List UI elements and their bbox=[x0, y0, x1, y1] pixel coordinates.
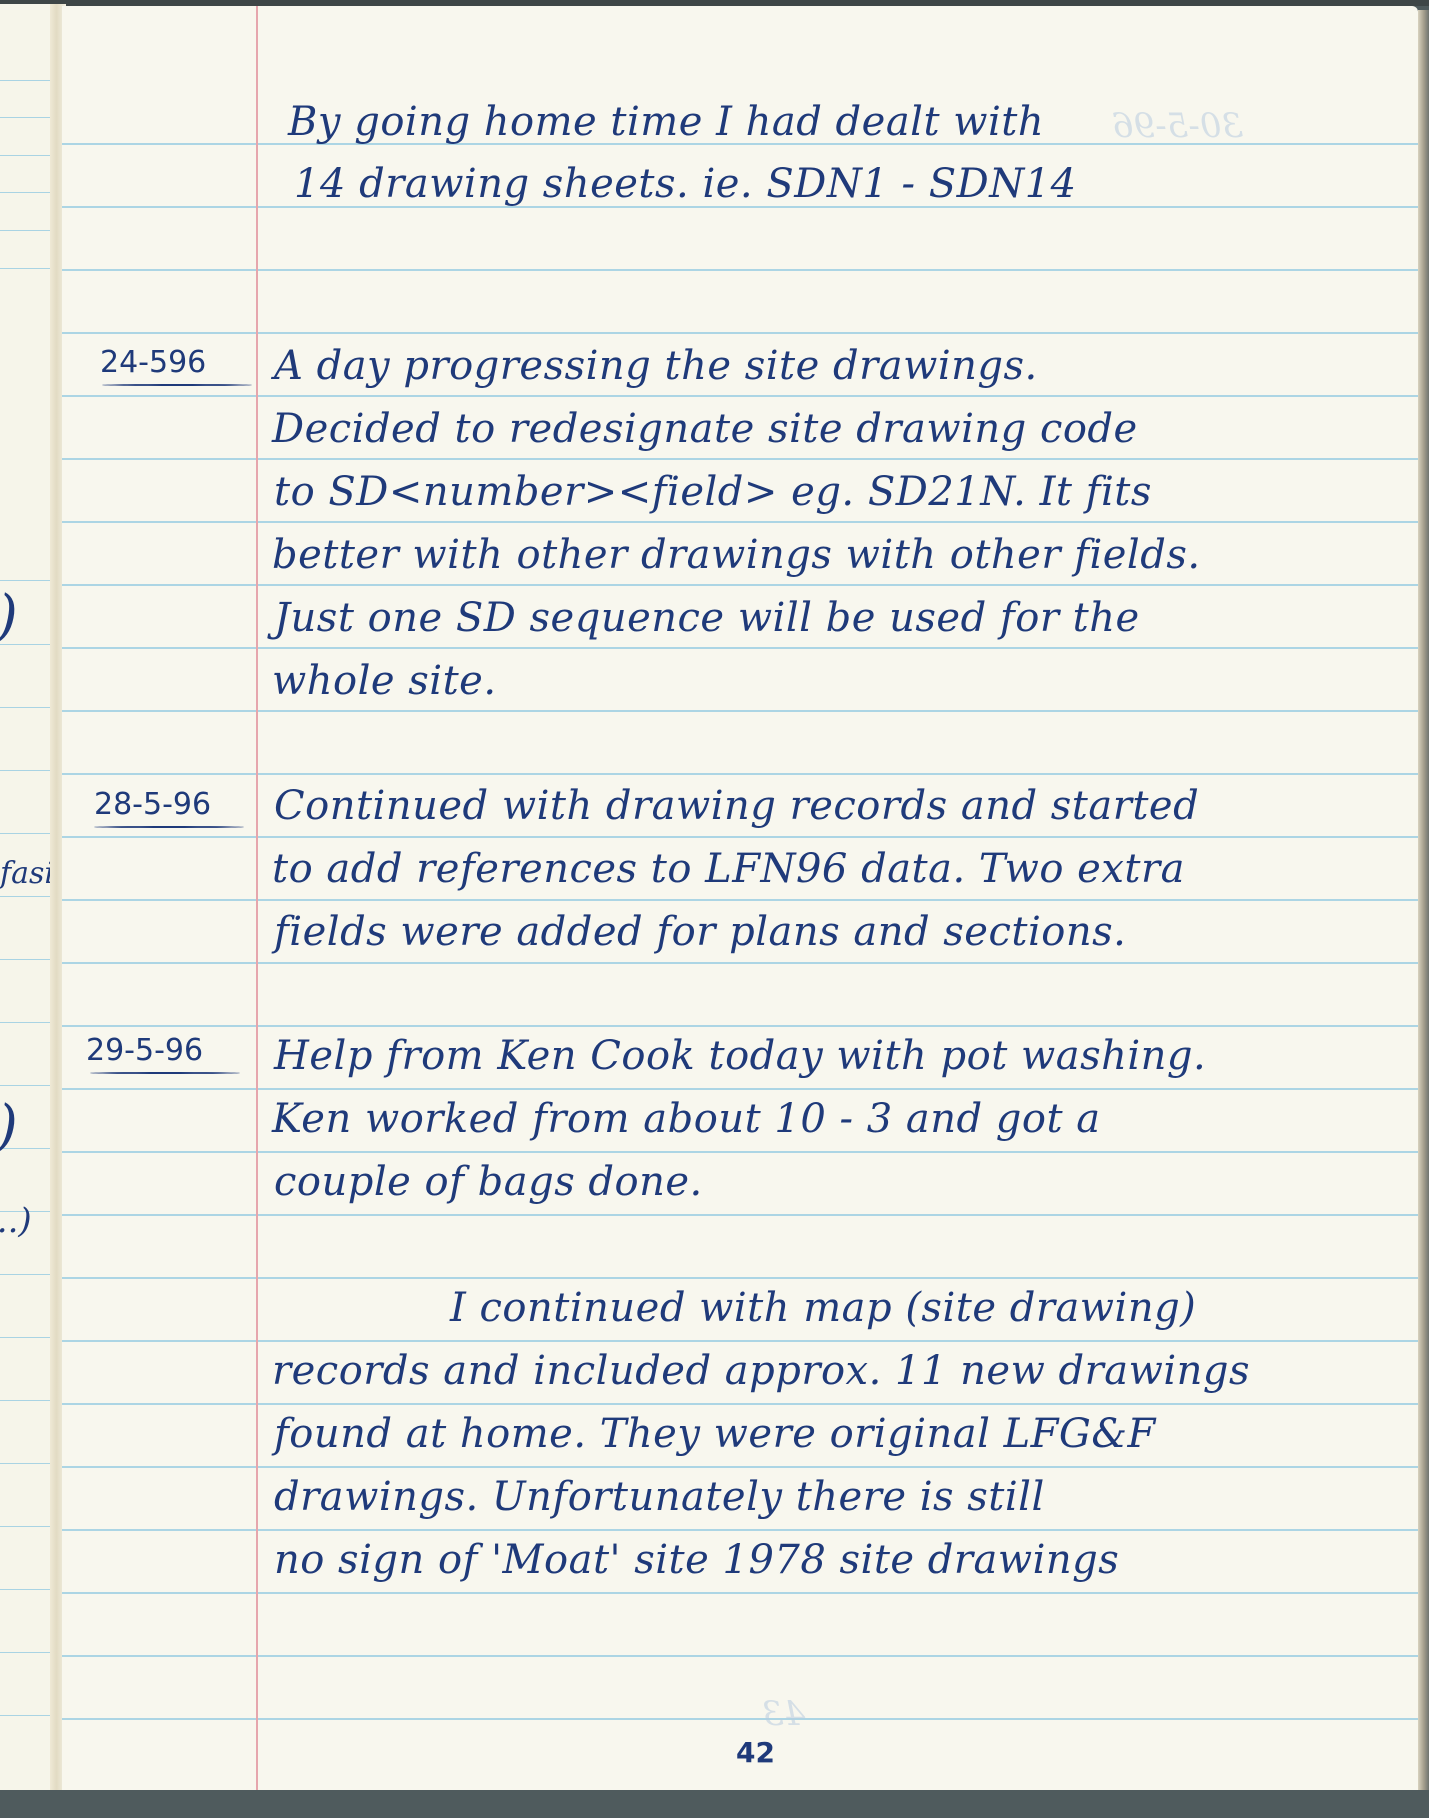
page-number: 42 bbox=[736, 1736, 775, 1769]
rule-line bbox=[62, 458, 1418, 460]
continuation-line: no sign of 'Moat' site 1978 site drawing… bbox=[274, 1540, 1119, 1580]
rule-line bbox=[62, 1592, 1418, 1594]
intro-line: 14 drawing sheets. ie. SDN1 - SDN14 bbox=[294, 164, 1077, 204]
entry-line: couple of bags done. bbox=[274, 1162, 703, 1202]
rule-line bbox=[62, 899, 1418, 901]
continuation-line: records and included approx. 11 new draw… bbox=[272, 1351, 1250, 1391]
facing-page-fragment: fasi bbox=[0, 859, 54, 889]
entry-line: Help from Ken Cook today with pot washin… bbox=[274, 1036, 1206, 1076]
rule-line bbox=[62, 710, 1418, 712]
entry-date: 28-5-96 bbox=[94, 790, 211, 820]
rule-line bbox=[62, 1088, 1418, 1090]
red-margin-line bbox=[256, 6, 258, 1790]
notebook-page: 30-5-96 43 By going home time I had deal… bbox=[62, 6, 1418, 1790]
entry-line: Just one SD sequence will be used for th… bbox=[274, 598, 1140, 638]
rule-line bbox=[62, 1466, 1418, 1468]
rule-line bbox=[62, 1655, 1418, 1657]
date-underline bbox=[90, 1072, 240, 1074]
date-underline bbox=[94, 826, 244, 828]
rule-line bbox=[62, 1151, 1418, 1153]
rule-line bbox=[62, 1214, 1418, 1216]
rule-line bbox=[62, 647, 1418, 649]
entry-line: better with other drawings with other fi… bbox=[272, 535, 1201, 575]
rule-line bbox=[62, 1718, 1418, 1720]
rule-line bbox=[62, 1277, 1418, 1279]
facing-page-fragment: ) bbox=[0, 589, 18, 645]
rule-line bbox=[62, 332, 1418, 334]
entry-date: 24-596 bbox=[100, 348, 206, 378]
entry-line: to add references to LFN96 data. Two ext… bbox=[272, 849, 1185, 889]
facing-page-fragment: ) bbox=[0, 1099, 18, 1155]
bleed-through-text: 30-5-96 bbox=[1112, 106, 1243, 146]
entry-line: Continued with drawing records and start… bbox=[274, 786, 1199, 826]
rule-line bbox=[62, 836, 1418, 838]
rule-line bbox=[62, 1340, 1418, 1342]
continuation-line: drawings. Unfortunately there is still bbox=[274, 1477, 1045, 1517]
entry-line: A day progressing the site drawings. bbox=[274, 346, 1038, 386]
rule-line bbox=[62, 1529, 1418, 1531]
entry-date: 29-5-96 bbox=[86, 1036, 203, 1066]
entry-line: fields were added for plans and sections… bbox=[274, 912, 1126, 952]
rule-line bbox=[62, 269, 1418, 271]
rule-line bbox=[62, 395, 1418, 397]
intro-line: By going home time I had dealt with bbox=[288, 102, 1044, 142]
facing-page-fragment: ...) bbox=[0, 1204, 32, 1238]
bleed-through-text: 43 bbox=[762, 1694, 805, 1734]
rule-line bbox=[62, 521, 1418, 523]
entry-line: whole site. bbox=[272, 661, 497, 701]
rule-line bbox=[62, 773, 1418, 775]
rule-line bbox=[62, 1403, 1418, 1405]
page-stack-edge bbox=[1418, 10, 1429, 1790]
rule-line bbox=[62, 1025, 1418, 1027]
continuation-line: found at home. They were original LFG&F bbox=[274, 1414, 1156, 1454]
entry-line: to SD<number><field> eg. SD21N. It fits bbox=[274, 472, 1152, 512]
rule-line bbox=[62, 584, 1418, 586]
entry-line: Decided to redesignate site drawing code bbox=[272, 409, 1138, 449]
continuation-line: I continued with map (site drawing) bbox=[450, 1288, 1196, 1328]
rule-line bbox=[62, 962, 1418, 964]
date-underline bbox=[102, 384, 252, 386]
entry-line: Ken worked from about 10 - 3 and got a bbox=[272, 1099, 1101, 1139]
